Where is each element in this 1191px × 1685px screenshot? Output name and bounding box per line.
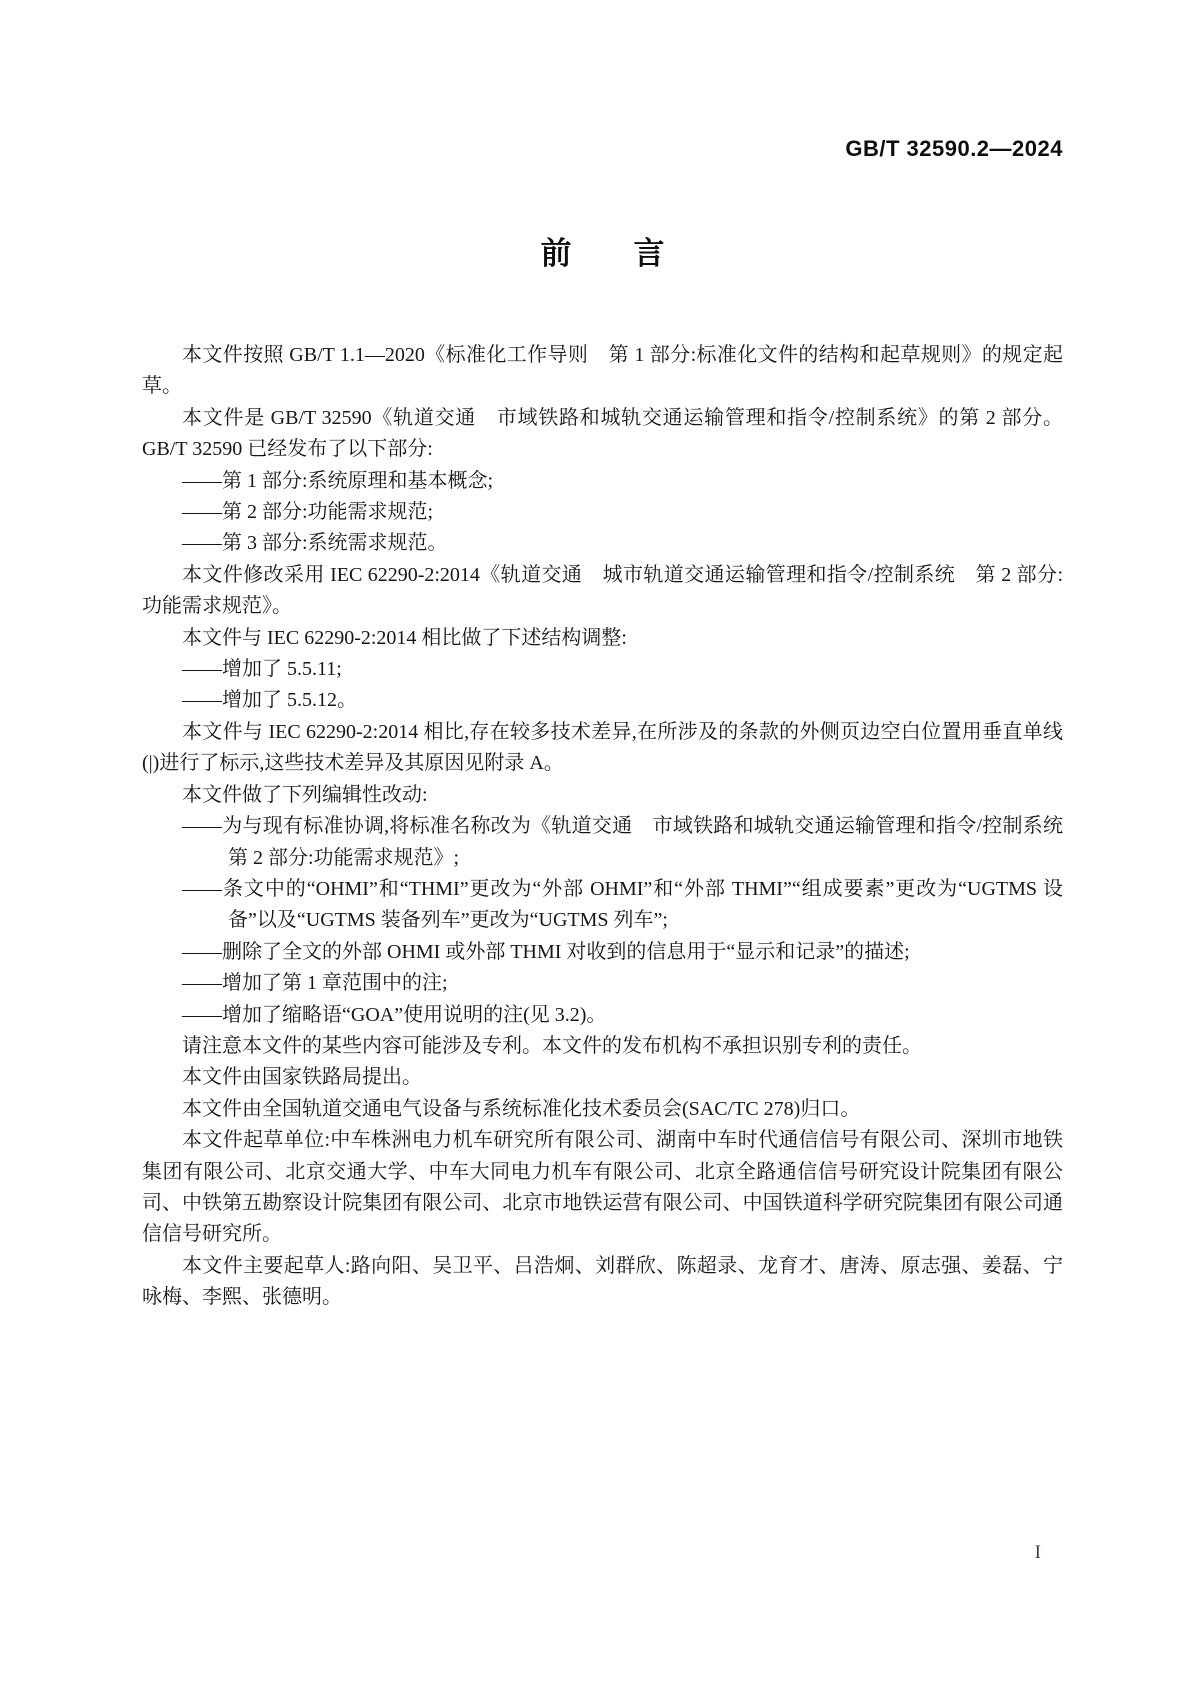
standard-code-header: GB/T 32590.2—2024 [142, 136, 1063, 162]
foreword-list-item: ——条文中的“OHMI”和“THMI”更改为“外部 OHMI”和“外部 THMI… [142, 874, 1063, 937]
foreword-list-item: ——增加了第 1 章范围中的注; [142, 968, 1063, 999]
foreword-paragraph: 本文件主要起草人:路向阳、吴卫平、吕浩炯、刘群欣、陈超录、龙育才、唐涛、原志强、… [142, 1251, 1063, 1314]
foreword-list-item: ——第 1 部分:系统原理和基本概念; [142, 466, 1063, 497]
foreword-list-item: ——第 2 部分:功能需求规范; [142, 497, 1063, 528]
document-page: GB/T 32590.2—2024 前 言 本文件按照 GB/T 1.1—202… [0, 0, 1191, 1685]
foreword-paragraph: 本文件由国家铁路局提出。 [142, 1062, 1063, 1093]
foreword-paragraph: 本文件修改采用 IEC 62290-2:2014《轨道交通 城市轨道交通运输管理… [142, 560, 1063, 623]
foreword-paragraph: 请注意本文件的某些内容可能涉及专利。本文件的发布机构不承担识别专利的责任。 [142, 1031, 1063, 1062]
foreword-paragraph: 本文件与 IEC 62290-2:2014 相比,存在较多技术差异,在所涉及的条… [142, 717, 1063, 780]
page-title: 前 言 [142, 231, 1063, 277]
foreword-list-item: ——第 3 部分:系统需求规范。 [142, 528, 1063, 559]
foreword-list-item: ——增加了缩略语“GOA”使用说明的注(见 3.2)。 [142, 1000, 1063, 1031]
foreword-body: 本文件按照 GB/T 1.1—2020《标准化工作导则 第 1 部分:标准化文件… [142, 340, 1063, 1314]
foreword-paragraph: 本文件起草单位:中车株洲电力机车研究所有限公司、湖南中车时代通信信号有限公司、深… [142, 1125, 1063, 1251]
foreword-paragraph: 本文件由全国轨道交通电气设备与系统标准化技术委员会(SAC/TC 278)归口。 [142, 1094, 1063, 1125]
foreword-paragraph: 本文件是 GB/T 32590《轨道交通 市域铁路和城轨交通运输管理和指令/控制… [142, 403, 1063, 466]
foreword-list-item: ——增加了 5.5.12。 [142, 685, 1063, 716]
foreword-list-item: ——为与现有标准协调,将标准名称改为《轨道交通 市域铁路和城轨交通运输管理和指令… [142, 811, 1063, 874]
foreword-paragraph: 本文件按照 GB/T 1.1—2020《标准化工作导则 第 1 部分:标准化文件… [142, 340, 1063, 403]
foreword-paragraph: 本文件与 IEC 62290-2:2014 相比做了下述结构调整: [142, 623, 1063, 654]
page-number: I [1035, 1542, 1041, 1564]
foreword-list-item: ——增加了 5.5.11; [142, 654, 1063, 685]
foreword-list-item: ——删除了全文的外部 OHMI 或外部 THMI 对收到的信息用于“显示和记录”… [142, 937, 1063, 968]
foreword-paragraph: 本文件做了下列编辑性改动: [142, 780, 1063, 811]
